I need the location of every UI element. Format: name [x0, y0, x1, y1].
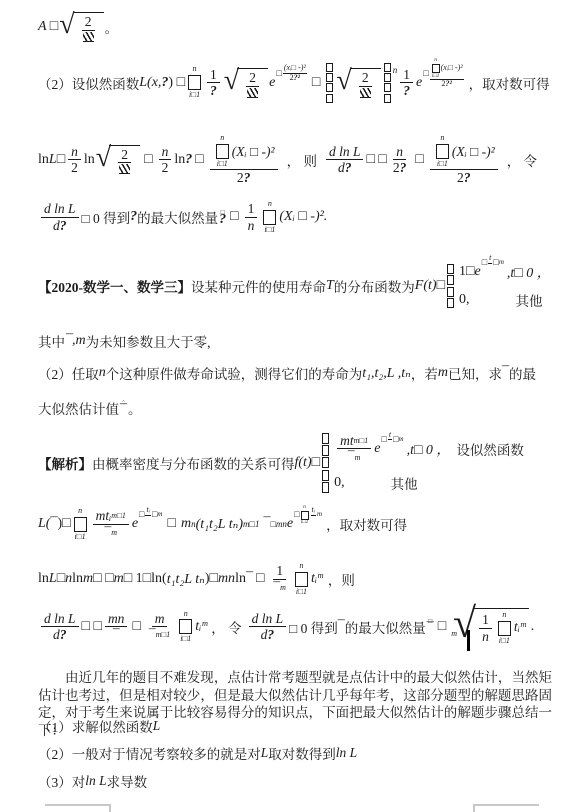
missing-glyph-box: [301, 511, 309, 520]
tok: d: [261, 627, 268, 643]
fraction-denominator: [243, 87, 262, 98]
fraction-denominator: n: [245, 218, 258, 234]
tok: ，取对数可得: [469, 73, 550, 93]
brace-boxes: [322, 432, 329, 494]
tok: □mn: [270, 519, 286, 529]
page-break-corner-right: [473, 804, 539, 812]
fraction: mtm□1 ¯m: [337, 433, 371, 465]
tok: m□1: [111, 511, 126, 520]
tok: .: [531, 619, 535, 635]
tok: ¯: [338, 619, 345, 635]
op-lower-limit: i□1: [432, 74, 440, 80]
fraction-denominator: 2 ?: [390, 160, 410, 176]
tok: mn: [218, 571, 235, 587]
sum-operator-small: n i□1: [432, 58, 440, 79]
exponent-cluster: □ (xᵢ□ -)² 2?²: [276, 64, 307, 83]
fraction: 1n: [245, 201, 258, 233]
tok: ?: [345, 160, 352, 176]
fraction: 1 ¯m: [270, 563, 289, 595]
fraction: d ln Ld ?: [326, 144, 364, 176]
fraction: 2: [79, 14, 98, 42]
exponent-cluster: □ tᵢ¯ □ m: [139, 506, 162, 525]
radical: √ 2: [336, 68, 380, 98]
tok: □: [482, 258, 487, 268]
op-lower-limit: i□1: [189, 91, 200, 100]
tok: ¯: [311, 516, 315, 525]
tok: 求导数: [107, 771, 148, 791]
fraction: mn¯: [105, 611, 128, 643]
fraction-numerator: n: [68, 144, 81, 161]
tok: ¯: [502, 365, 509, 381]
tok: □: [132, 619, 140, 635]
fraction: n2: [68, 144, 81, 176]
tok: 0,: [334, 475, 345, 491]
radical: √ 2: [96, 145, 140, 175]
pi-missing-glyph: [119, 164, 130, 174]
pi-missing-glyph: [247, 88, 258, 98]
tok: )□: [57, 516, 70, 532]
formula-line-9: 【解析】 由概率密度与分布函数的关系可得 f(t) □ mtm□1 ¯m e □…: [38, 432, 524, 494]
tok: ln: [38, 571, 49, 587]
op-lower-limit: i□1: [301, 520, 309, 526]
tok: m: [83, 571, 93, 587]
tok: ln: [235, 571, 246, 587]
op-upper-limit: n: [220, 134, 224, 143]
tok: ¯: [273, 580, 280, 596]
tok: ¯: [388, 440, 392, 449]
fraction-numerator: 1: [207, 67, 220, 84]
radicand: 2: [237, 68, 268, 98]
piecewise: 1□ e □ t¯ □ m ,t□ 0 ， 0, 其他: [445, 262, 551, 310]
tok: m: [399, 436, 404, 444]
tok: ，取对数可得: [326, 514, 407, 534]
tok: ?: [219, 215, 226, 225]
tok: t₁t₂L tₙ: [167, 571, 205, 588]
fraction-numerator: mtm□1: [337, 433, 371, 450]
tok: 的最大似然量: [137, 207, 218, 227]
formula-line-12: d ln Ld ? □ □ mn¯ □ m ¯m□1 ni□1 tᵢᵐ ， 令 …: [38, 608, 534, 646]
fraction: n2: [159, 144, 172, 176]
tok: ?: [185, 152, 192, 168]
op-lower-limit: i□1: [217, 160, 228, 169]
op-lower-limit: i□1: [296, 588, 307, 597]
tok: ,t□ 0 ，: [407, 439, 451, 459]
tok: （2）任取: [38, 363, 99, 383]
op-upper-limit: n: [78, 507, 82, 516]
hatted-symbol: □?: [219, 210, 226, 225]
fraction-numerator: 1: [400, 67, 413, 84]
tok: ?: [464, 170, 471, 186]
fraction: ni□1 (Xᵢ □ -)² 2 ?: [210, 134, 278, 185]
tok: ln L: [85, 773, 106, 789]
tok: n: [65, 571, 72, 587]
formula-line-4: d ln Ld ? □ 0 得到 ? 的最大似然量 □? □ 1n ni□1 (…: [38, 200, 327, 235]
missing-glyph-box: [436, 144, 449, 159]
tok: □: [276, 69, 281, 79]
fraction-numerator: d ln L: [249, 611, 287, 628]
tok: □: [230, 209, 238, 225]
tok: □: [57, 571, 65, 587]
analysis-header: 【解析】: [38, 453, 92, 473]
tok: 2?²: [441, 80, 451, 89]
tiny-fraction: t¯: [388, 431, 392, 450]
formula-line-2: （2）设似然函数 L(x, ? ) □ n i□1 1 ? √ 2 e □ (x…: [38, 62, 550, 104]
radicand: 2: [350, 68, 381, 98]
tok: mt: [340, 433, 354, 449]
tok: m: [438, 365, 448, 381]
tok: L: [153, 718, 161, 734]
op-upper-limit: n: [440, 134, 444, 143]
tok: □: [415, 152, 423, 168]
missing-glyph-box: [74, 517, 87, 532]
sum-operator-small: ni□1: [301, 505, 309, 526]
op-lower-limit: i□1: [180, 635, 191, 644]
piecewise-rows: 1□ e □ t¯ □ m ,t□ 0 ， 0, 其他: [459, 262, 551, 310]
tok: ?: [161, 75, 168, 91]
product-operator: n i□1: [188, 65, 201, 100]
tok: A □: [38, 19, 58, 35]
step-item-1: （1）求解似然函数 L: [38, 716, 160, 736]
tok: 2?²: [290, 74, 300, 83]
fraction-numerator: d ln L: [326, 144, 364, 161]
fraction-numerator: m: [152, 611, 168, 628]
fraction-denominator: n: [479, 629, 492, 645]
tok: L: [49, 152, 57, 168]
tok: m□1: [156, 630, 171, 639]
tok: ?: [244, 170, 251, 186]
tok: ?: [130, 209, 137, 225]
piecewise-rows: mtm□1 ¯m e □ t¯ □ m ,t□ 0 ， 设似然函数 0, 其他: [334, 433, 524, 493]
tok: □: [312, 455, 320, 471]
fraction: m ¯m□1: [146, 611, 173, 643]
tok: tᵢᵐ: [514, 620, 526, 636]
fraction-numerator: mn: [105, 611, 128, 628]
op-upper-limit: n: [184, 610, 188, 619]
product-operator: ni□1: [74, 507, 87, 542]
sum-operator: ni□1: [263, 200, 276, 235]
fraction-numerator: ni□1 (Xᵢ □ -)²: [430, 134, 498, 170]
tok: □ □: [82, 619, 102, 635]
bracket-exponent: n: [393, 65, 398, 75]
tok: (t₁t₂L tₙ): [196, 516, 243, 533]
tok: 取对数得到: [268, 743, 336, 763]
tok: 设某种元件的使用寿命: [191, 276, 326, 296]
fraction: d ln Ld ?: [41, 611, 79, 643]
tok: m: [157, 511, 162, 519]
fraction-numerator: mtᵢm□1: [93, 508, 129, 525]
tok: m□1: [354, 436, 369, 445]
fraction-numerator: 1: [245, 201, 258, 218]
tok: m□1: [243, 519, 259, 529]
tok: 其他: [391, 473, 418, 493]
tok: m: [355, 453, 361, 462]
fraction: d ln Ld ?: [41, 201, 79, 233]
op-upper-limit: n: [268, 200, 272, 209]
tok: ， 则: [287, 150, 317, 170]
tok: □: [294, 510, 299, 520]
tok: 由概率密度与分布函数的关系可得: [92, 453, 295, 473]
tok: e: [475, 264, 481, 280]
tok: □: [195, 152, 203, 168]
op-upper-limit: n: [193, 65, 197, 74]
fraction: 1 ?: [207, 67, 220, 99]
hatted-symbol: □¯: [427, 619, 434, 634]
fraction-denominator: ¯: [110, 627, 123, 643]
tok: 1□: [459, 264, 474, 280]
tok: n: [99, 365, 106, 381]
radicand: 2: [109, 145, 140, 175]
radicand: 2: [73, 12, 104, 42]
tok: ln: [72, 571, 83, 587]
formula-line-3: ln L □ n2 ln √ 2 □ n2 ln ? □ ni□1 (Xᵢ □ …: [38, 134, 537, 185]
tok: 2: [457, 170, 464, 186]
tok: d: [53, 218, 60, 234]
tok: ¯: [50, 516, 57, 532]
tok: 的最大似然量: [345, 617, 426, 637]
hatted-symbol: ˆ¯: [120, 401, 127, 416]
tok: T: [326, 278, 334, 294]
formula-line-10: L( ¯ )□ ni□1 mtᵢm□1 ¯m e □ tᵢ¯ □ m □ mn …: [38, 507, 407, 542]
op-upper-limit: n: [303, 505, 306, 511]
tiny-fraction: n i□1 (xᵢ□ -)² 2?²: [430, 58, 464, 89]
tok: tᵢᵐ: [195, 619, 207, 635]
fraction-numerator: 2: [359, 70, 372, 87]
fraction: ni□1 (Xᵢ □ -)² 2 ?: [430, 134, 498, 185]
fraction-numerator: 1: [273, 563, 286, 580]
exponent-cluster: □ n i□1 (xᵢ□ -)² 2?²: [423, 58, 464, 89]
tok: ?: [60, 627, 67, 643]
sum-operator: ni□1: [295, 562, 308, 597]
tok: □ 0 得到: [82, 207, 131, 227]
fraction: n2 ?: [390, 144, 410, 176]
text-line-8: 大似然估计值 ˆ¯ 。: [38, 398, 142, 418]
tok: （3）对: [38, 771, 85, 791]
tok: ， 令: [211, 617, 241, 637]
tok: ) □: [168, 75, 185, 91]
op-upper-limit: n: [502, 611, 506, 620]
fraction-numerator: 2: [246, 70, 259, 87]
tok: 0,: [459, 292, 470, 308]
exponent-cluster: □ ni□1 tᵢ¯ m: [294, 505, 322, 526]
formula-line-11: ln L □ n ln m □ □m □ 1□ln( t₁t₂L tₙ)□ mn…: [38, 562, 355, 597]
tok: m: [111, 528, 117, 537]
tok: □: [437, 278, 445, 294]
missing-glyph-box: [188, 75, 201, 90]
tok: 个这种原件做寿命试验，测得它们的寿命为: [106, 363, 363, 383]
fraction-numerator: ni□1 (Xᵢ □ -)²: [210, 134, 278, 170]
tiny-fraction: tᵢ¯: [311, 506, 317, 525]
sum-operator: ni□1: [498, 611, 511, 646]
tok: (Xᵢ □ -)²: [452, 144, 495, 160]
tok: □: [139, 510, 144, 520]
tok: ln: [174, 152, 185, 168]
tok: ¯: [246, 571, 253, 587]
fraction: 1 ?: [400, 67, 413, 99]
tok: ln: [38, 152, 49, 168]
tok: n i□1 (xᵢ□ -)²: [430, 58, 464, 80]
tok: （2）一般对于情况考察较多的就是对: [38, 743, 261, 763]
fraction-numerator: 2: [82, 14, 95, 31]
tok: ¯: [120, 406, 127, 416]
sum-operator: ni□1: [436, 134, 449, 169]
formula-line-5: 【2020-数学一、数学三】 设某种元件的使用寿命 T 的分布函数为 F(t) …: [38, 262, 551, 310]
tok: L(: [38, 516, 50, 532]
tok: e: [287, 516, 293, 532]
fraction: 2: [356, 70, 375, 98]
fraction-denominator: ¯m: [270, 580, 289, 596]
tok: (Xᵢ □ -)².: [279, 209, 327, 225]
tok: ，若: [411, 363, 438, 383]
fraction: d ln Ld ?: [249, 611, 287, 643]
radical: √ 2: [224, 68, 268, 98]
right-bracket-boxes: [384, 62, 391, 104]
tok: □ □: [93, 571, 113, 587]
sum-operator: ni□1: [216, 134, 229, 169]
tok: □: [423, 69, 428, 79]
tok: m: [317, 511, 322, 519]
left-bracket-boxes: [326, 62, 333, 104]
tok: □: [438, 619, 446, 635]
fraction-denominator: d ?: [50, 627, 70, 643]
tok: ?²: [445, 79, 451, 88]
text-cursor: [467, 630, 470, 651]
fraction-numerator: d ln L: [41, 201, 79, 218]
tok: m: [181, 516, 191, 532]
tok: e: [416, 75, 422, 91]
tok: F(t): [415, 278, 437, 294]
fraction-denominator: [356, 87, 375, 98]
tok: L(x,: [139, 75, 161, 91]
fraction-denominator: 2: [68, 160, 81, 176]
problem-header: 【2020-数学一、数学三】: [38, 276, 191, 296]
tok: ?: [60, 218, 67, 234]
tok: 2: [237, 170, 244, 186]
fraction-denominator: [115, 163, 134, 174]
tok: (Xᵢ □ -)²: [232, 144, 275, 160]
tok: ¯: [104, 525, 111, 541]
tok: ，则: [328, 569, 355, 589]
tiny-fraction: t¯: [488, 254, 492, 273]
op-lower-limit: i□1: [264, 226, 275, 235]
missing-glyph-box: [179, 619, 192, 634]
tok: □ 0 得到: [289, 617, 338, 637]
fraction: 2: [115, 147, 134, 175]
exponent-cluster: □ t¯ □ m: [482, 254, 504, 273]
tok: mtᵢ: [96, 508, 112, 524]
exponent-cluster: □ t¯ □ m: [381, 431, 403, 450]
tok: 为未知参数且大于零,: [86, 331, 211, 351]
fraction-denominator: ?: [400, 83, 413, 99]
fraction-denominator: ¯m: [345, 449, 364, 465]
tok: 其中: [38, 331, 65, 351]
tok: ¯: [488, 264, 492, 273]
tok: ln: [84, 152, 95, 168]
tok: (xᵢ□ -)²: [441, 64, 463, 73]
missing-glyph-box: [216, 144, 229, 159]
text-line-6: 其中 ¯,m 为未知参数且大于零,: [38, 331, 211, 351]
tok: ?: [267, 627, 274, 643]
fraction-numerator: n: [159, 144, 172, 161]
tok: L: [49, 571, 57, 587]
tok: （2）设似然函数: [38, 73, 139, 93]
fraction-denominator: ¯m: [101, 525, 120, 541]
tok: □: [256, 571, 264, 587]
fraction-denominator: 2 ?: [454, 170, 474, 186]
fraction-denominator: ?: [207, 83, 220, 99]
op-lower-limit: i□1: [499, 637, 510, 646]
mth-root: m √ 1n ni□1 tᵢᵐ: [451, 608, 529, 646]
fraction-denominator: 2 ?: [234, 170, 254, 186]
tok: e: [132, 516, 138, 532]
piecewise: mtm□1 ¯m e □ t¯ □ m ,t□ 0 ， 设似然函数 0, 其他: [320, 432, 524, 494]
fraction-denominator: 2: [159, 160, 172, 176]
tiny-fraction: tᵢ¯: [145, 506, 151, 525]
tok: ?: [400, 160, 407, 176]
tok: 设似然函数: [456, 439, 524, 459]
fraction-numerator: n: [393, 144, 406, 161]
fraction-denominator: ¯m□1: [146, 627, 173, 643]
tok: ,t□ 0 ，: [507, 262, 551, 282]
op-lower-limit: i□1: [437, 160, 448, 169]
tok: ln L: [336, 745, 357, 761]
tok: ¯,m: [65, 333, 86, 349]
op-upper-limit: n: [434, 58, 437, 64]
op-upper-limit: n: [299, 562, 303, 571]
tok: 的分布函数为: [334, 276, 415, 296]
fraction-denominator: d ?: [258, 627, 278, 643]
tok: ¯: [427, 624, 434, 634]
tok: □: [167, 516, 175, 532]
tok: m: [280, 583, 286, 592]
piecewise-row: 0, 其他: [334, 473, 418, 493]
tok: ¯: [348, 449, 355, 465]
radicand: 1n ni□1 tᵢᵐ: [473, 608, 529, 646]
piecewise-row: 1□ e □ t¯ □ m ,t□ 0 ，: [459, 262, 551, 282]
missing-glyph-box: [263, 210, 276, 225]
brace-boxes: [447, 263, 454, 309]
tok: tᵢᵐ: [311, 571, 323, 587]
fraction-denominator: d ?: [335, 160, 355, 176]
tok: □: [312, 75, 320, 91]
tok: 大似然估计值: [38, 398, 119, 418]
missing-glyph-box: [295, 572, 308, 587]
tok: 其他: [516, 290, 543, 310]
tok: ?²: [294, 73, 300, 82]
tok: ¯: [146, 516, 150, 525]
tok: m: [499, 259, 504, 267]
tok: □: [144, 152, 152, 168]
fraction: 2: [243, 70, 262, 98]
pi-missing-glyph: [360, 88, 371, 98]
fraction: 1n: [479, 612, 492, 644]
tok: d: [338, 160, 345, 176]
tok: )□: [205, 571, 218, 587]
tok: （1）求解似然函数: [38, 716, 153, 736]
tok: ， 令: [507, 150, 537, 170]
tiny-fraction: (xᵢ□ -)² 2?²: [283, 64, 307, 83]
tok: 的最: [509, 363, 536, 383]
tok: e: [269, 75, 275, 91]
radical: √ 2: [59, 12, 103, 42]
fraction-denominator: [79, 31, 98, 42]
tok: ¯: [263, 516, 270, 532]
missing-glyph-box: [432, 64, 440, 73]
tok: □: [57, 152, 65, 168]
fraction-numerator: 1: [479, 612, 492, 629]
piecewise-row: mtm□1 ¯m e □ t¯ □ m ,t□ 0 ， 设似然函数: [334, 433, 524, 465]
tok: ¯: [149, 627, 156, 643]
page-break-corner-left: [45, 804, 111, 812]
